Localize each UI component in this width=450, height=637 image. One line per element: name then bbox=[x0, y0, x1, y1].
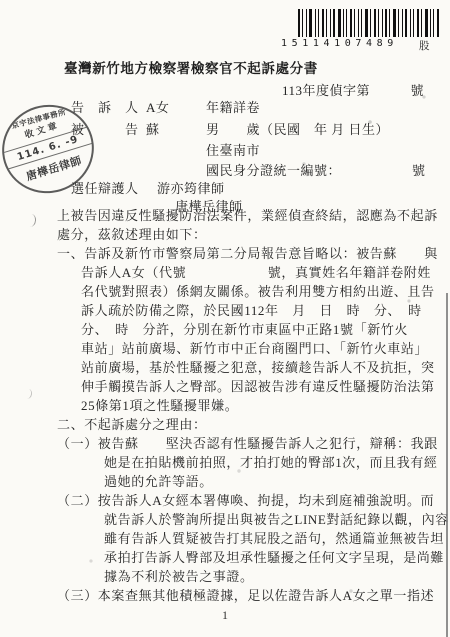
counsel-label: 選任辯護人 bbox=[71, 178, 139, 197]
ink-speck-artifact bbox=[0, 0, 2, 2]
body-line: 車站」站前廣場、新竹市中正台商圈門口、「新竹火車站」 bbox=[57, 339, 447, 358]
body-line: 過她的允許等語。 bbox=[57, 472, 447, 491]
body-line: 據為不利於被告之事證。 bbox=[57, 567, 447, 586]
body-line: 承拍打告訴人臀部及坦承性騷擾之任何文字呈現，是尚難 bbox=[57, 548, 447, 567]
barcode bbox=[298, 9, 439, 37]
body-line: 上被告因違反性騷擾防治法案件，業經偵查終結，認應為不起訴 bbox=[57, 206, 447, 225]
scan-edge-artifact bbox=[446, 293, 448, 637]
body-line: 站前廣場，基於性騷擾之犯意，接續趁告訴人不及抗拒，突 bbox=[57, 358, 447, 377]
body-line: 訴人疏於防備之際，於民國112年 月 日 時 分、 時 bbox=[57, 301, 447, 320]
page-number: 1 bbox=[0, 608, 450, 623]
body-line: 告訴人A女（代號 號，真實姓名年籍詳卷附姓 bbox=[57, 263, 447, 282]
ink-mark-artifact bbox=[25, 389, 33, 400]
body-line: 處分，茲敘述理由如下： bbox=[57, 225, 447, 244]
body-line: 名代號對照表）係網友關係。被告利用雙方相約出遊、且告 bbox=[57, 282, 447, 301]
document-title: 臺灣新竹地方檢察署檢察官不起訴處分書 bbox=[64, 57, 318, 77]
body-line: 伸手觸摸告訴人之臀部。因認被告涉有違反性騷擾防治法第 bbox=[57, 377, 447, 396]
body-line: （一）被告蘇 堅決否認有性騷擾告訴人之犯行，辯稱：我跟 bbox=[57, 434, 447, 453]
body-text: 上被告因違反性騷擾防治法案件，業經偵查終結，認應為不起訴處分，茲敘述理由如下：一… bbox=[57, 206, 447, 605]
body-line: （三）本案查無其他積極證據，足以佐證告訴人A女之單一指述 bbox=[57, 586, 447, 605]
barcode-unit-label: 股 bbox=[419, 38, 430, 53]
complainant-info: 年籍詳卷 bbox=[206, 97, 260, 116]
ink-mark-artifact bbox=[28, 214, 36, 228]
defendant-name: 蘇 bbox=[146, 119, 160, 138]
body-line: （二）按告訴人A女經本署傳喚、拘提，均未到庭補強說明。而 bbox=[57, 491, 447, 510]
body-line: 就告訴人於警詢所提出與被告之LINE對話紀錄以觀，內容 bbox=[57, 510, 447, 529]
body-line: 分、 時 分許，分別在新竹市東區中正路1號「新竹火 bbox=[57, 320, 447, 339]
body-line: 25條第1項之性騷擾罪嫌。 bbox=[57, 396, 447, 415]
barcode-digits: 15114107489 bbox=[281, 38, 398, 49]
body-line: 她是在拍貼機前拍照，才拍打她的臀部1次，而且我有經 bbox=[57, 453, 447, 472]
body-line: 雖有告訴人質疑被告打其屁股之語句，然通篇並無被告坦 bbox=[57, 529, 447, 548]
defendant-info: 男 歲（民國 年 月 日生） bbox=[206, 119, 389, 138]
body-line: 二、不起訴處分之理由： bbox=[57, 415, 447, 434]
counsel-name-1: 游亦筠律師 bbox=[157, 178, 225, 197]
body-line: 一、告訴及新竹市警察局第二分局報告意旨略以：被告蘇 與 bbox=[57, 244, 447, 263]
complainant-name: A女 bbox=[146, 97, 169, 116]
defendant-address: 住臺南市 bbox=[206, 140, 260, 159]
id-number-suffix: 號 bbox=[412, 160, 426, 179]
id-number-label: 國民身分證統一編號： bbox=[206, 160, 341, 179]
